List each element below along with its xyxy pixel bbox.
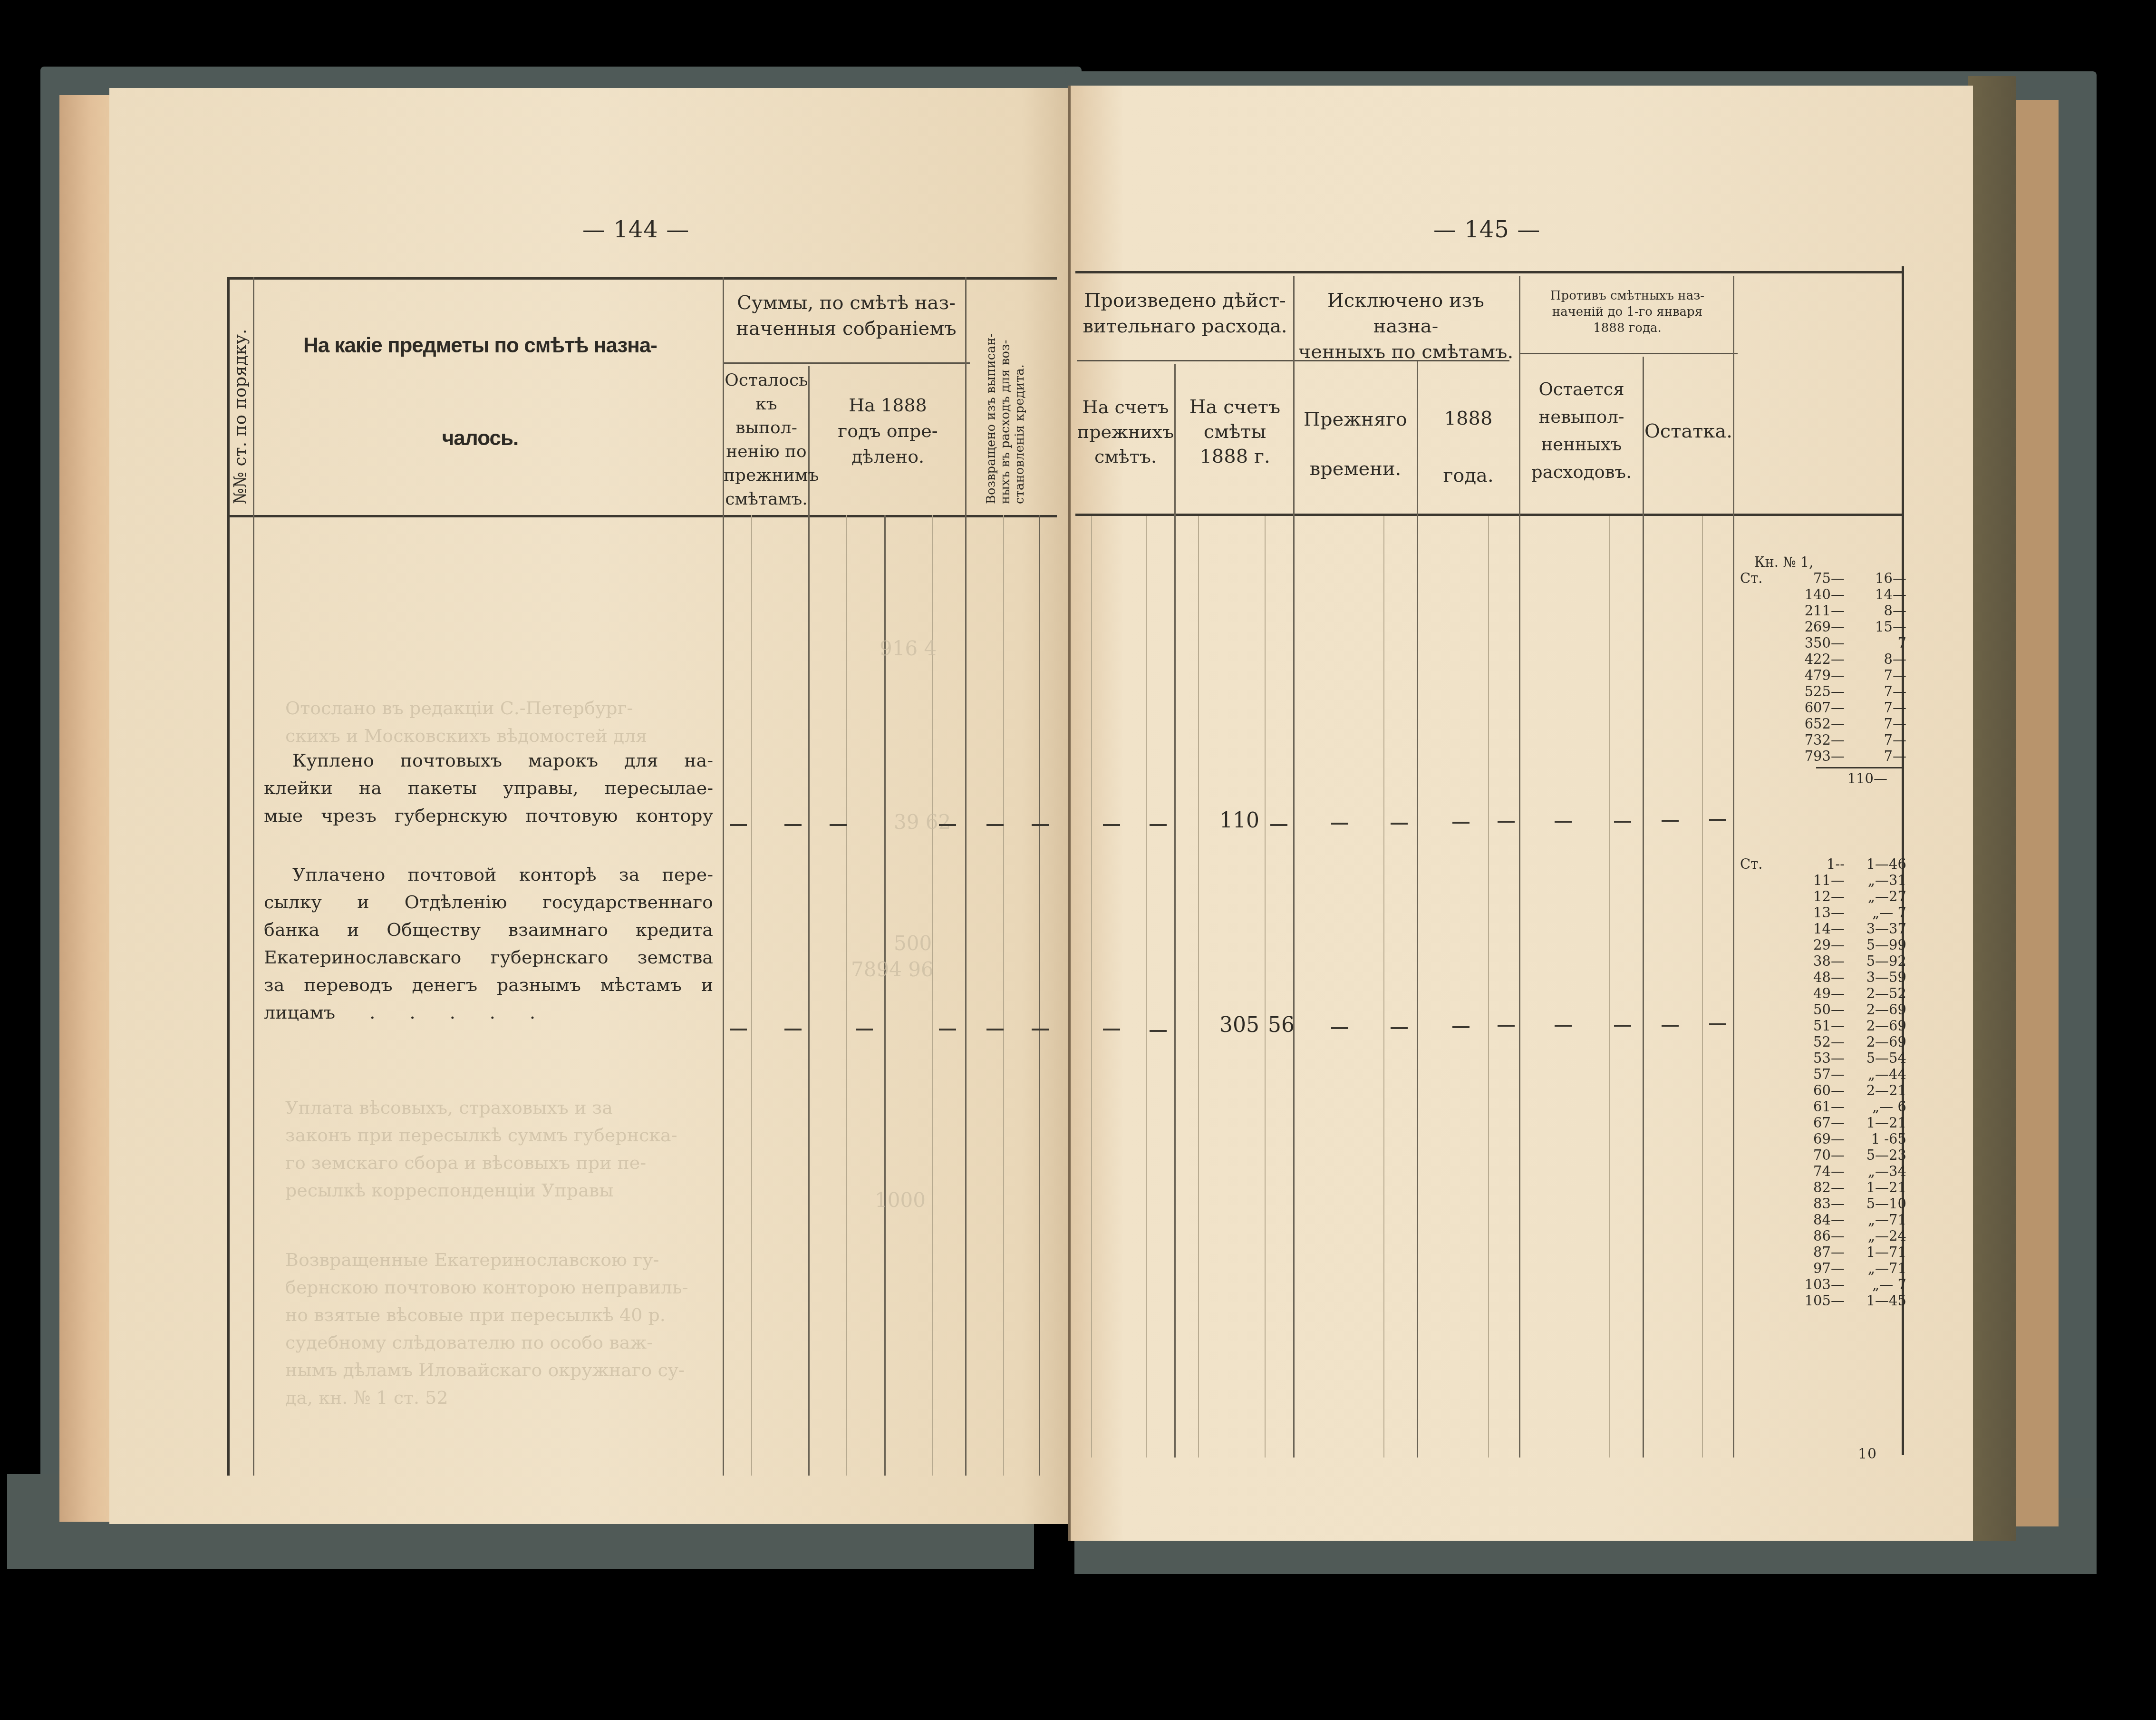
- header-line: невыпол-: [1520, 403, 1643, 431]
- refs-total: 110—: [1816, 770, 1887, 787]
- row-line: за переводъ денегъ разнымъ мѣстамъ и: [264, 971, 713, 999]
- refs-amount: 1—71: [1845, 1244, 1906, 1260]
- bleed-through-text: Уплата вѣсовыхъ, страховыхъ и за законъ …: [285, 1094, 713, 1204]
- row-2-value-dash: [1662, 1025, 1679, 1027]
- refs-amount: „—44: [1845, 1066, 1906, 1082]
- refs-row: Ст.1--1—46: [1740, 856, 1906, 872]
- row-1-value-dash: [730, 824, 747, 826]
- row-line: лицамъ . . . . .: [264, 999, 713, 1026]
- header-line: На 1888: [811, 392, 965, 418]
- refs-row: 48—3—59: [1740, 969, 1906, 985]
- refs-amount: „—31: [1845, 872, 1906, 888]
- refs-prefix: [1740, 1244, 1783, 1260]
- refs-amount: „—24: [1845, 1228, 1906, 1244]
- header-number-order: №№ ст. по порядку.: [231, 285, 250, 504]
- refs-row: 84—„—71: [1740, 1212, 1906, 1228]
- refs-row: 51—2—69: [1740, 1018, 1906, 1034]
- refs-row: 652—7—: [1740, 716, 1906, 732]
- refs-amount: „—71: [1845, 1212, 1906, 1228]
- row-1-value-dash: [1662, 820, 1679, 822]
- refs-row: 69—1 -65: [1740, 1131, 1906, 1147]
- row-1-value-dash: [1103, 824, 1120, 826]
- bleed-through-text: Отослано въ редакціи С.-Петербург- скихъ…: [285, 694, 713, 749]
- row-2-value-dash: [939, 1029, 956, 1030]
- refs-amount: 16—: [1845, 570, 1906, 586]
- refs-amount: 1—21: [1845, 1115, 1906, 1131]
- refs-amount: 1 -65: [1845, 1131, 1906, 1147]
- row-2-value-dash: [1331, 1027, 1348, 1029]
- refs-row: 105—1—45: [1740, 1292, 1906, 1309]
- refs-amount: „— 7: [1845, 1276, 1906, 1292]
- col-divider: [1643, 357, 1644, 1458]
- refs-amount: 14—: [1845, 586, 1906, 602]
- refs-prefix: [1740, 1034, 1783, 1050]
- refs-amount: 1—21: [1845, 1179, 1906, 1195]
- refs-article: 1--: [1783, 856, 1845, 872]
- refs-prefix: [1740, 1276, 1783, 1292]
- bleed-through-text: Возвращенные Екатеринославскою гу- бернс…: [285, 1246, 713, 1411]
- refs-amount: 3—37: [1845, 921, 1906, 937]
- row-2-description: Уплачено почтовой конторѣ за пере- сылку…: [264, 861, 713, 1026]
- cents-divider: [1265, 516, 1266, 1458]
- cents-divider: [1488, 516, 1489, 1458]
- refs-prefix: [1740, 586, 1783, 602]
- header-bottom-rule: [1075, 514, 1903, 516]
- row-2-value-dash: [1452, 1026, 1470, 1028]
- cents-divider: [751, 515, 752, 1476]
- header-line: Возвращено изъ выписан-: [984, 285, 998, 504]
- refs-row: 57—„—44: [1740, 1066, 1906, 1082]
- refs-amount: 7—: [1845, 716, 1906, 732]
- header-line: расходовъ.: [1520, 458, 1643, 486]
- header-line: прежнимъ: [724, 464, 809, 487]
- row-2-value-dash: [1150, 1030, 1167, 1032]
- refs-article: 52—: [1783, 1034, 1845, 1050]
- cents-divider: [1091, 516, 1092, 1458]
- refs-row: 82—1—21: [1740, 1179, 1906, 1195]
- cents-divider: [1702, 516, 1703, 1458]
- refs-row: 732—7—: [1740, 732, 1906, 748]
- header-line: вительнаго расхода.: [1077, 313, 1293, 339]
- header-excluded-group: Исключено изъ назна- ченныхъ по смѣтамъ.: [1294, 288, 1518, 365]
- refs-row: 525—7—: [1740, 683, 1906, 700]
- refs-amount: 7—: [1845, 732, 1906, 748]
- refs-article: 525—: [1783, 683, 1845, 700]
- row-line: клейки на пакеты управы, пересылае-: [264, 774, 713, 802]
- header-line: ненію по: [724, 440, 809, 464]
- row-1-value-dash: [1498, 821, 1515, 823]
- refs-amount: 5—23: [1845, 1147, 1906, 1163]
- refs-row: 61—„— 6: [1740, 1098, 1906, 1115]
- row-line: мые чрезъ губернскую почтовую контору: [264, 802, 713, 829]
- row-1-value-dash: [1391, 823, 1408, 825]
- refs-prefix: [1740, 1050, 1783, 1066]
- refs-amount: „— 6: [1845, 1098, 1906, 1115]
- refs-amount: 1—45: [1845, 1292, 1906, 1309]
- row-2-value-dash: [856, 1029, 873, 1030]
- page-stack-edge-left: [59, 95, 112, 1522]
- refs-row: 422—8—: [1740, 651, 1906, 667]
- header-line: Осталось: [724, 369, 809, 392]
- header-line: 1888 года.: [1520, 320, 1734, 336]
- refs-prefix: [1740, 1001, 1783, 1018]
- row-1-value-dash: [1032, 824, 1049, 826]
- header-line: прежнихъ: [1077, 419, 1174, 444]
- refs-article: 13—: [1783, 904, 1845, 921]
- header-sums-line2: наченныя собраніемъ: [725, 316, 967, 341]
- refs-row: 53—5—54: [1740, 1050, 1906, 1066]
- refs-prefix: [1740, 1260, 1783, 1276]
- group-subrule: [1519, 353, 1738, 354]
- refs-row: 103—„— 7: [1740, 1276, 1906, 1292]
- cents-divider: [846, 515, 847, 1476]
- refs-row: 29—5—99: [1740, 937, 1906, 953]
- row-1-value-dash: [986, 824, 1004, 826]
- refs-article: 60—: [1783, 1082, 1845, 1098]
- refs-prefix: [1740, 1131, 1783, 1147]
- refs-row: 74—„—34: [1740, 1163, 1906, 1179]
- refs-prefix: [1740, 1082, 1783, 1098]
- refs-article: 57—: [1783, 1066, 1845, 1082]
- header-sums-group: Суммы, по смѣтѣ наз- наченныя собраніемъ: [725, 290, 967, 341]
- refs-amount: „—71: [1845, 1260, 1906, 1276]
- refs-article: 75—: [1783, 570, 1845, 586]
- header-line: годъ опре-: [811, 418, 965, 444]
- cents-divider: [1198, 516, 1199, 1458]
- refs-article: 82—: [1783, 1179, 1845, 1195]
- row-1-value-dash: [939, 824, 956, 826]
- col-divider: [1039, 515, 1040, 1476]
- col-divider: [1733, 276, 1734, 1458]
- sums-group-rule: [723, 362, 970, 364]
- ghost-line: нымъ дѣламъ Иловайскаго окружнаго су-: [285, 1356, 713, 1384]
- refs-article: 479—: [1783, 667, 1845, 683]
- refs-prefix: [1740, 683, 1783, 700]
- refs-article: 53—: [1783, 1050, 1845, 1066]
- refs-row: 479—7—: [1740, 667, 1906, 683]
- header-line: На счетъ: [1077, 395, 1174, 419]
- refs-amount: 7—: [1845, 748, 1906, 764]
- row-2-value-dash: [986, 1029, 1004, 1030]
- refs-prefix: Ст.: [1740, 570, 1783, 586]
- book-gutter: [1068, 86, 1071, 1541]
- row-2-value-dash: [1709, 1023, 1726, 1025]
- page-number-145: — 145 —: [1433, 216, 1540, 243]
- col-divider: [1417, 361, 1418, 1458]
- header-line: Остается: [1520, 376, 1643, 403]
- refs-prefix: [1740, 872, 1783, 888]
- refs-row: 83—5—10: [1740, 1195, 1906, 1212]
- refs-prefix: [1740, 716, 1783, 732]
- ghost-amount: 500: [894, 930, 932, 957]
- refs-list: Ст.1--1—4611—„—3112—„—2713—„— 714—3—3729…: [1740, 856, 1906, 1309]
- refs-article: 607—: [1783, 700, 1845, 716]
- refs-prefix: [1740, 921, 1783, 937]
- refs-article: 48—: [1783, 969, 1845, 985]
- header-prev-estimates: На счетъ прежнихъ смѣтъ.: [1077, 395, 1174, 469]
- header-subject-line2: чалось.: [266, 426, 694, 451]
- refs-prefix: [1740, 969, 1783, 985]
- refs-amount: 5—99: [1845, 937, 1906, 953]
- ghost-line: но взятые вѣсовые при пересылкѣ 40 р.: [285, 1301, 713, 1329]
- ghost-line: Уплата вѣсовыхъ, страховыхъ и за: [285, 1094, 713, 1121]
- refs-article: 12—: [1783, 888, 1845, 904]
- row-line: Екатеринославскаго губернскаго земства: [264, 943, 713, 971]
- refs-amount: 7—: [1845, 667, 1906, 683]
- col-divider: [1174, 364, 1176, 1458]
- row-2-value-dash: [1498, 1025, 1515, 1027]
- refs-article: 105—: [1783, 1292, 1845, 1309]
- refs-prefix: [1740, 732, 1783, 748]
- refs-prefix: [1740, 904, 1783, 921]
- row-1-value-dash: [830, 824, 847, 826]
- table-top-rule: [1075, 271, 1903, 273]
- header-line: На счетъ: [1177, 395, 1293, 419]
- header-remaining: Осталось къ выпол- ненію по прежнимъ смѣ…: [724, 369, 809, 511]
- refs-article: 350—: [1783, 635, 1845, 651]
- signature-mark: 10: [1858, 1446, 1877, 1462]
- ghost-line: бернскою почтовою конторою неправиль-: [285, 1273, 713, 1301]
- refs-row: 49—2—52: [1740, 985, 1906, 1001]
- header-against-group: Противъ смѣтныхъ наз- наченій до 1-го ян…: [1520, 288, 1734, 336]
- ghost-amount: 39 62: [894, 808, 951, 836]
- header-line: Исключено изъ назна-: [1294, 288, 1518, 339]
- header-line: 1888: [1418, 390, 1519, 447]
- refs-prefix: [1740, 888, 1783, 904]
- header-sums-line1: Суммы, по смѣтѣ наз-: [725, 290, 967, 316]
- refs-article: 140—: [1783, 586, 1845, 602]
- endpaper-right: [2016, 100, 2059, 1526]
- refs-amount: 2—21: [1845, 1082, 1906, 1098]
- refs-row: 97—„—71: [1740, 1260, 1906, 1276]
- ghost-amount: 1000: [875, 1186, 926, 1214]
- header-line: наченій до 1-го января: [1520, 304, 1734, 320]
- row-1-value-dash: [1150, 824, 1167, 826]
- refs-article: 69—: [1783, 1131, 1845, 1147]
- refs-row: 38—5—92: [1740, 953, 1906, 969]
- refs-prefix: [1740, 1066, 1783, 1082]
- refs-amount: 8—: [1845, 602, 1906, 619]
- refs-amount: 7: [1845, 635, 1906, 651]
- header-returned: Возвращено изъ выписан- ныхъ въ расходъ …: [984, 285, 1027, 504]
- refs-row: 607—7—: [1740, 700, 1906, 716]
- cents-divider: [1146, 516, 1147, 1458]
- refs-article: 51—: [1783, 1018, 1845, 1034]
- refs-row: 52—2—69: [1740, 1034, 1906, 1050]
- refs-amount: 2—69: [1845, 1034, 1906, 1050]
- row-line: Уплачено почтовой конторѣ за пере-: [264, 861, 713, 888]
- header-remainder: Остатка.: [1644, 418, 1733, 444]
- refs-prefix: [1740, 1179, 1783, 1195]
- header-line: становленія кредита.: [1013, 285, 1027, 504]
- refs-amount: 7—: [1845, 683, 1906, 700]
- refs-list: Ст.75—16—140—14—211—8—269—15—350—7422—8—…: [1740, 570, 1906, 764]
- header-subject-line1: На какіе предметы по смѣтѣ назна-: [266, 333, 694, 359]
- header-line: времени.: [1294, 444, 1417, 494]
- refs-amount: 15—: [1845, 619, 1906, 635]
- refs-prefix: [1740, 748, 1783, 764]
- refs-amount: 1—46: [1845, 856, 1906, 872]
- refs-amount: 5—10: [1845, 1195, 1906, 1212]
- header-line: Прежняго: [1294, 395, 1417, 444]
- col-divider: [253, 277, 254, 1476]
- header-line: ныхъ въ расходъ для воз-: [998, 285, 1013, 504]
- refs-row: 12—„—27: [1740, 888, 1906, 904]
- header-line: смѣты: [1177, 419, 1293, 444]
- refs-amount: 3—59: [1845, 969, 1906, 985]
- row-1-value-dash: [1270, 824, 1287, 826]
- refs-prefix: [1740, 651, 1783, 667]
- header-line: дѣлено.: [811, 444, 965, 469]
- header-line: ченныхъ по смѣтамъ.: [1294, 339, 1518, 365]
- row-2-value-dash: [1391, 1027, 1408, 1029]
- header-line: смѣтамъ.: [724, 487, 809, 511]
- refs-article: 269—: [1783, 619, 1845, 635]
- refs-row: 67—1—21: [1740, 1115, 1906, 1131]
- refs-amount: 5—54: [1845, 1050, 1906, 1066]
- refs-prefix: [1740, 953, 1783, 969]
- header-1888-assigned: На 1888 годъ опре- дѣлено.: [811, 392, 965, 469]
- refs-article: 211—: [1783, 602, 1845, 619]
- refs-row: 60—2—21: [1740, 1082, 1906, 1098]
- refs-article: 86—: [1783, 1228, 1845, 1244]
- refs-amount: „— 7: [1845, 904, 1906, 921]
- cents-divider: [1609, 516, 1610, 1458]
- refs-prefix: [1740, 1098, 1783, 1115]
- row-2-value-dash: [1614, 1025, 1631, 1027]
- row-line: банка и Обществу взаимнаго кредита: [264, 916, 713, 943]
- refs-prefix: [1740, 602, 1783, 619]
- refs-prefix: [1740, 700, 1783, 716]
- refs-row: 70—5—23: [1740, 1147, 1906, 1163]
- refs-row: 86—„—24: [1740, 1228, 1906, 1244]
- refs-total-row: 110—: [1816, 767, 1902, 787]
- row-1-amount-1888: 110: [1219, 808, 1259, 833]
- row-1-value-dash: [1331, 823, 1348, 825]
- ghost-line: го земскаго сбора и вѣсовыхъ при пе-: [285, 1149, 713, 1176]
- refs-article: 67—: [1783, 1115, 1845, 1131]
- refs-prefix: Ст.: [1740, 856, 1783, 872]
- refs-prefix: [1740, 1163, 1783, 1179]
- refs-prefix: [1740, 1292, 1783, 1309]
- refs-prefix: [1740, 619, 1783, 635]
- refs-article: 97—: [1783, 1260, 1845, 1276]
- col-divider: [808, 366, 810, 1476]
- refs-prefix: [1740, 1018, 1783, 1034]
- row-1-value-dash: [1452, 822, 1470, 824]
- refs-prefix: [1740, 1147, 1783, 1163]
- refs-row: Ст.75—16—: [1740, 570, 1906, 586]
- refs-amount: „—34: [1845, 1163, 1906, 1179]
- row-1-value-dash: [1614, 821, 1631, 823]
- ghost-line: скихъ и Московскихъ вѣдомостей для: [285, 722, 713, 749]
- col-divider: [965, 277, 967, 1476]
- page-stack-edge-right: [1968, 76, 2016, 1541]
- refs-article: 38—: [1783, 953, 1845, 969]
- ghost-line: Возвращенные Екатеринославскою гу-: [285, 1246, 713, 1273]
- refs-article: 84—: [1783, 1212, 1845, 1228]
- row-2-amount-1888: 305 56: [1219, 1013, 1295, 1037]
- refs-prefix: [1740, 1195, 1783, 1212]
- row-1-value-dash: [1709, 819, 1726, 821]
- refs-article: 652—: [1783, 716, 1845, 732]
- cents-divider: [1003, 515, 1004, 1476]
- refs-row: 14—3—37: [1740, 921, 1906, 937]
- refs-article: 29—: [1783, 937, 1845, 953]
- refs-article: 87—: [1783, 1244, 1845, 1260]
- refs-article: 49—: [1783, 985, 1845, 1001]
- header-line: 1888 г.: [1177, 444, 1293, 469]
- header-line: Произведено дѣйст-: [1077, 288, 1293, 313]
- refs-row: 793—7—: [1740, 748, 1906, 764]
- refs-header: Кн. № 1,: [1740, 554, 1906, 570]
- ghost-amount: 7894 96: [851, 956, 934, 983]
- refs-amount: 7—: [1845, 700, 1906, 716]
- refs-article: 61—: [1783, 1098, 1845, 1115]
- refs-article: 793—: [1783, 748, 1845, 764]
- row-line: Куплено почтовыхъ марокъ для на-: [264, 747, 713, 774]
- refs-row: 350—7: [1740, 635, 1906, 651]
- refs-prefix: [1740, 667, 1783, 683]
- header-line: смѣтъ.: [1077, 444, 1174, 469]
- refs-prefix: [1740, 985, 1783, 1001]
- refs-row: 140—14—: [1740, 586, 1906, 602]
- refs-amount: 2—69: [1845, 1001, 1906, 1018]
- refs-article: 70—: [1783, 1147, 1845, 1163]
- refs-amount: „—27: [1845, 888, 1906, 904]
- refs-prefix: [1740, 937, 1783, 953]
- refs-article: 74—: [1783, 1163, 1845, 1179]
- refs-row: 11—„—31: [1740, 872, 1906, 888]
- margin-references-articles: Ст.1--1—4611—„—3112—„—2713—„— 714—3—3729…: [1740, 856, 1906, 1309]
- refs-prefix: [1740, 1115, 1783, 1131]
- header-line: ненныхъ: [1520, 431, 1643, 458]
- refs-row: 50—2—69: [1740, 1001, 1906, 1018]
- cents-divider: [1383, 516, 1384, 1458]
- refs-article: 103—: [1783, 1276, 1845, 1292]
- page-number-144: — 144 —: [582, 216, 689, 243]
- header-line: года.: [1418, 447, 1519, 504]
- row-line: сылку и Отдѣленію государственнаго: [264, 888, 713, 916]
- refs-amount: 2—52: [1845, 985, 1906, 1001]
- ghost-line: ресылкѣ корреспонденціи Управы: [285, 1176, 713, 1204]
- refs-article: 732—: [1783, 732, 1845, 748]
- refs-row: 13—„— 7: [1740, 904, 1906, 921]
- row-2-value-dash: [730, 1029, 747, 1030]
- refs-row: 87—1—71: [1740, 1244, 1906, 1260]
- margin-references-book1: Кн. № 1, Ст.75—16—140—14—211—8—269—15—35…: [1740, 554, 1906, 787]
- refs-article: 83—: [1783, 1195, 1845, 1212]
- table-left-border: [227, 277, 230, 1476]
- header-prev-time: Прежняго времени.: [1294, 395, 1417, 494]
- row-2-value-dash: [1032, 1029, 1049, 1030]
- refs-amount: 5—92: [1845, 953, 1906, 969]
- header-line: Противъ смѣтныхъ наз-: [1520, 288, 1734, 304]
- header-line: къ выпол-: [724, 392, 809, 440]
- refs-prefix: [1740, 635, 1783, 651]
- refs-row: 211—8—: [1740, 602, 1906, 619]
- refs-prefix: [1740, 1212, 1783, 1228]
- refs-article: 11—: [1783, 872, 1845, 888]
- refs-amount: 8—: [1845, 651, 1906, 667]
- ghost-line: Отослано въ редакціи С.-Петербург-: [285, 694, 713, 722]
- refs-prefix: [1740, 1228, 1783, 1244]
- row-1-description: Куплено почтовыхъ марокъ для на- клейки …: [264, 747, 713, 829]
- header-produced-group: Произведено дѣйст- вительнаго расхода.: [1077, 288, 1293, 339]
- refs-article: 50—: [1783, 1001, 1845, 1018]
- ghost-line: законъ при пересылкѣ суммъ губернска-: [285, 1121, 713, 1149]
- header-year-1888: 1888 года.: [1418, 390, 1519, 504]
